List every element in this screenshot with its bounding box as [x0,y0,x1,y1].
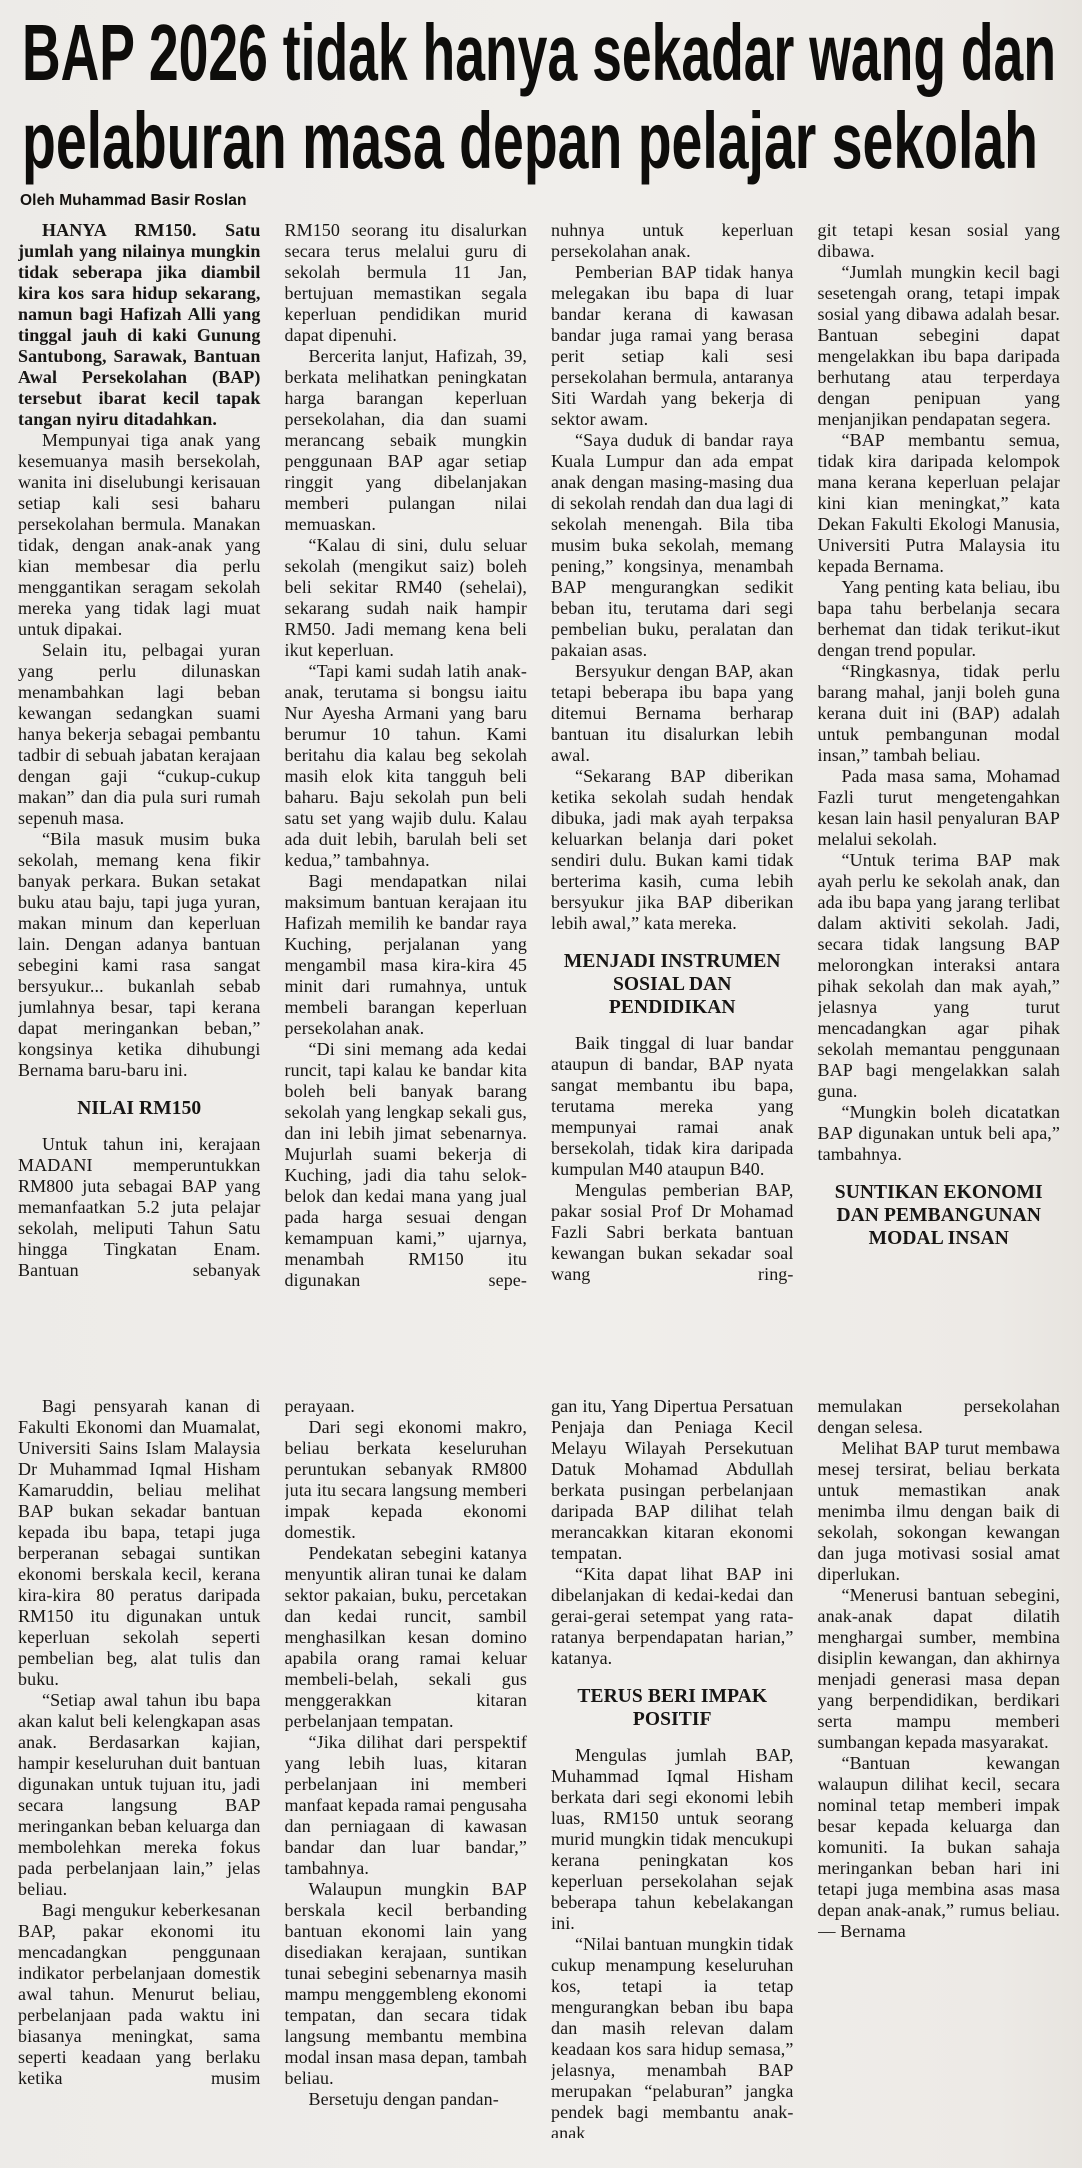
article-paragraph: Yang penting kata beliau, ibu bapa tahu … [818,577,1061,661]
article-paragraph: “Saya duduk di bandar raya Kuala Lumpur … [551,430,794,661]
article-paragraph: “Menerusi bantuan sebegini, anak-anak da… [818,1585,1061,1753]
article-paragraph: Bagi mendapatkan nilai maksimum bantuan … [285,871,528,1039]
article-paragraph: git tetapi kesan sosial yang dibawa. [818,220,1061,262]
article-paragraph: “Nilai bantuan mungkin tidak cukup menam… [551,1934,794,2138]
article-paragraph: “Ringkasnya, tidak perlu barang mahal, j… [818,661,1061,766]
article-paragraph: Dari segi ekonomi makro, beliau berkata … [285,1417,528,1543]
article-paragraph: Pendekatan sebegini katanya menyuntik al… [285,1543,528,1732]
article-paragraph: “Kita dapat lihat BAP ini dibelanjakan d… [551,1564,794,1669]
article-paragraph: Mengulas pemberian BAP, pakar sosial Pro… [551,1180,794,1285]
article-paragraph: Bercerita lanjut, Hafizah, 39, berkata m… [285,346,528,535]
headline-text: BAP 2026 tidak hanya sekadar wang dan pe… [18,8,1060,186]
article-paragraph: Mempunyai tiga anak yang kesemuanya masi… [18,430,261,640]
article-paragraph: “Tapi kami sudah latih anak-anak, teruta… [285,661,528,871]
article-paragraph: Selain itu, pelbagai yuran yang perlu di… [18,640,261,829]
article-paragraph: “Sekarang BAP diberikan ketika sekolah s… [551,766,794,934]
article-paragraph: “Mungkin boleh dicatatkan BAP digunakan … [818,1102,1061,1165]
section-subheading: SUNTIKAN EKONOMI DAN PEMBANGUNAN MODAL I… [818,1181,1061,1250]
article-paragraph: “Bila masuk musim buka sekolah, memang k… [18,829,261,1081]
article-paragraph: Pemberian BAP tidak hanya melegakan ibu … [551,262,794,430]
upper-column-1: HANYA RM150. Satu jumlah yang nilainya m… [18,220,261,1366]
article-paragraph: Bersetuju dengan pandan- [285,2089,528,2110]
article-paragraph: HANYA RM150. Satu jumlah yang nilainya m… [18,220,261,430]
upper-column-2: RM150 seorang itu disalurkan secara teru… [285,220,528,1366]
section-subheading: MENJADI INSTRUMEN SOSIAL DAN PENDIDIKAN [551,950,794,1019]
article-paragraph: “Setiap awal tahun ibu bapa akan kalut b… [18,1690,261,1900]
article-paragraph: RM150 seorang itu disalurkan secara teru… [285,220,528,346]
article-lower-section: Bagi pensyarah kanan di Fakulti Ekonomi … [18,1396,1060,2138]
article-paragraph: Melihat BAP turut membawa mesej tersirat… [818,1438,1061,1585]
article-paragraph: Pada masa sama, Mohamad Fazli turut meng… [818,766,1061,850]
headline-line-2: pelaburan masa depan pelajar sekolah [22,96,1038,185]
lower-column-4: memulakan persekolahan dengan selesa.Mel… [818,1396,1061,2138]
byline: Oleh Muhammad Basir Roslan [20,192,1060,210]
article-paragraph: Walaupun mungkin BAP berskala kecil berb… [285,1879,528,2089]
article-paragraph: “Jika dilihat dari perspektif yang lebih… [285,1732,528,1879]
article-upper-section: HANYA RM150. Satu jumlah yang nilainya m… [18,220,1060,1366]
article-paragraph: Mengulas jumlah BAP, Muhammad Iqmal Hish… [551,1745,794,1934]
article-paragraph: “Di sini memang ada kedai runcit, tapi k… [285,1039,528,1291]
section-subheading: NILAI RM150 [18,1097,261,1120]
section-subheading: TERUS BERI IMPAK POSITIF [551,1685,794,1731]
article-paragraph: Bagi mengukur keberkesanan BAP, pakar ek… [18,1900,261,2089]
article-paragraph: Bersyukur dengan BAP, akan tetapi bebera… [551,661,794,766]
upper-column-4: git tetapi kesan sosial yang dibawa.“Jum… [818,220,1061,1366]
headline-line-1: BAP 2026 tidak hanya sekadar wang dan [22,8,1056,97]
article-paragraph: “Jumlah mungkin kecil bagi sesetengah or… [818,262,1061,430]
article-paragraph: nuhnya untuk keperluan persekolahan anak… [551,220,794,262]
article: BAP 2026 tidak hanya sekadar wang dan pe… [0,0,1082,2138]
newspaper-clipping: BAP 2026 tidak hanya sekadar wang dan pe… [0,0,1082,2168]
article-paragraph: gan itu, Yang Dipertua Persatuan Penjaja… [551,1396,794,1564]
article-paragraph: perayaan. [285,1396,528,1417]
headline: BAP 2026 tidak hanya sekadar wang dan pe… [18,8,1060,186]
article-paragraph: “Untuk terima BAP mak ayah perlu ke seko… [818,850,1061,1102]
article-paragraph: Untuk tahun ini, kerajaan MADANI memperu… [18,1134,261,1281]
upper-column-3: nuhnya untuk keperluan persekolahan anak… [551,220,794,1366]
lower-column-2: perayaan.Dari segi ekonomi makro, beliau… [285,1396,528,2138]
article-paragraph: memulakan persekolahan dengan selesa. [818,1396,1061,1438]
lower-column-1: Bagi pensyarah kanan di Fakulti Ekonomi … [18,1396,261,2138]
article-paragraph: Baik tinggal di luar bandar ataupun di b… [551,1033,794,1180]
lower-column-3: gan itu, Yang Dipertua Persatuan Penjaja… [551,1396,794,2138]
article-paragraph: “Kalau di sini, dulu seluar sekolah (men… [285,535,528,661]
article-paragraph: Bagi pensyarah kanan di Fakulti Ekonomi … [18,1396,261,1690]
article-paragraph: “Bantuan kewangan walaupun dilihat kecil… [818,1753,1061,1942]
article-paragraph: “BAP membantu semua, tidak kira daripada… [818,430,1061,577]
